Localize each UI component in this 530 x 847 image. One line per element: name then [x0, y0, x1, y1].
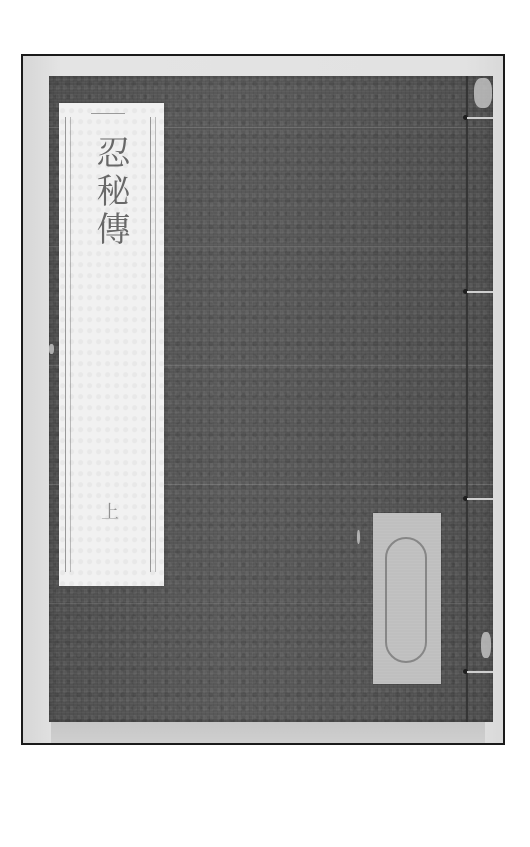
- book-cover: 忍秘傳 上: [49, 76, 493, 722]
- binding-stitch: [467, 117, 493, 119]
- cover-wear-spot: [474, 78, 492, 108]
- cover-wear-spot: [49, 344, 54, 354]
- cover-wear-spot: [481, 632, 491, 658]
- slip-top-rule: [91, 113, 125, 114]
- image-frame: 忍秘傳 上: [21, 54, 505, 745]
- binding-fold-line: [466, 76, 468, 722]
- library-label: [373, 513, 441, 684]
- cover-wear-spot: [357, 530, 360, 544]
- slip-right-border: [150, 117, 156, 572]
- oval-stamp-icon: [385, 537, 427, 663]
- binding-stitch: [467, 671, 493, 673]
- slip-left-border: [65, 117, 71, 572]
- title-slip: 忍秘傳 上: [59, 103, 164, 586]
- binding-stitch: [467, 291, 493, 293]
- volume-mark: 上: [101, 498, 119, 524]
- binding-stitch: [467, 498, 493, 500]
- book-title: 忍秘傳: [89, 135, 131, 249]
